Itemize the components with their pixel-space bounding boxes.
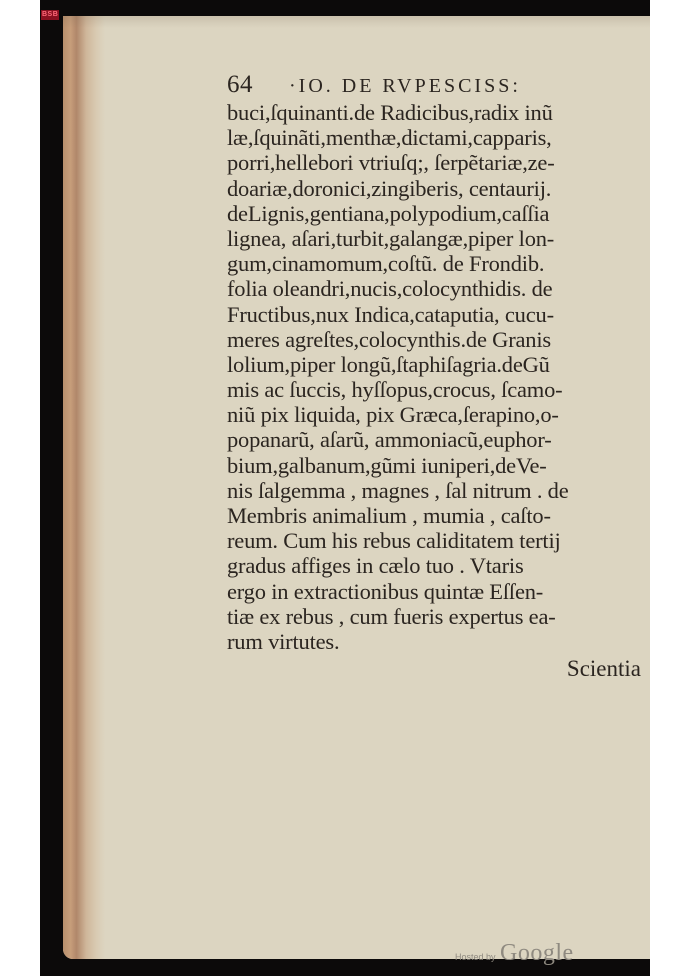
text-line: Membris animalium , mumia , caſto- bbox=[227, 503, 641, 528]
text-line: popanarũ, aſarũ, ammoniacũ,euphor- bbox=[227, 427, 641, 452]
google-watermark: Hosted by Google bbox=[455, 940, 574, 967]
book-page: 64·IO. DE RVPESCISS: buci,ſquinanti.de R… bbox=[63, 16, 650, 959]
text-line: ergo in extractionibus quintæ Eſſen- bbox=[227, 579, 641, 604]
text-line: mis ac ſuccis, hyſſopus,crocus, ſcamo- bbox=[227, 377, 641, 402]
text-line: bium,galbanum,gũmi iuniperi,deVe- bbox=[227, 453, 641, 478]
page-top-shadow bbox=[63, 16, 650, 28]
page-text-block: 64·IO. DE RVPESCISS: buci,ſquinanti.de R… bbox=[227, 72, 641, 682]
text-line: porri,hellebori vtriuſq;, ſerpẽtariæ,ze- bbox=[227, 150, 641, 175]
text-line: niũ pix liquida, pix Græca,ſerapino,o- bbox=[227, 402, 641, 427]
text-line: meres agreſtes,colocynthis.de Granis bbox=[227, 327, 641, 352]
text-line: læ,ſquinãti,menthæ,dictami,capparis, bbox=[227, 125, 641, 150]
catchword: Scientia bbox=[227, 656, 641, 682]
running-header: 64·IO. DE RVPESCISS: bbox=[227, 72, 641, 100]
text-line: folia oleandri,nucis,colocynthidis. de bbox=[227, 276, 641, 301]
page-edge-shading bbox=[63, 16, 105, 959]
google-logo: Google bbox=[500, 940, 574, 966]
text-line: buci,ſquinanti.de Radicibus,radix inũ bbox=[227, 100, 641, 125]
text-line: rum virtutes. bbox=[227, 629, 641, 654]
text-line: reum. Cum his rebus caliditatem tertij bbox=[227, 528, 641, 553]
watermark-prefix: Hosted by bbox=[455, 952, 496, 962]
running-head: ·IO. DE RVPESCISS: bbox=[289, 75, 521, 97]
text-line: lolium,piper longũ,ſtaphiſagria.deGũ bbox=[227, 352, 641, 377]
text-line: gum,cinamomum,coſtũ. de Frondib. bbox=[227, 251, 641, 276]
page-number: 64 bbox=[227, 72, 289, 98]
text-line: gradus affiges in cælo tuo . Vtaris bbox=[227, 553, 641, 578]
text-line: Fructibus,nux Indica,cataputia, cucu- bbox=[227, 302, 641, 327]
text-line: nis ſalgemma , magnes , ſal nitrum . de bbox=[227, 478, 641, 503]
text-line: deLignis,gentiana,polypodium,caſſia bbox=[227, 201, 641, 226]
text-line: doariæ,doronici,zingiberis, centaurij. bbox=[227, 176, 641, 201]
library-badge: BSB bbox=[41, 10, 59, 20]
text-line: tiæ ex rebus , cum fueris expertus ea- bbox=[227, 604, 641, 629]
text-line: lignea, aſari,turbit,galangæ,piper lon- bbox=[227, 226, 641, 251]
